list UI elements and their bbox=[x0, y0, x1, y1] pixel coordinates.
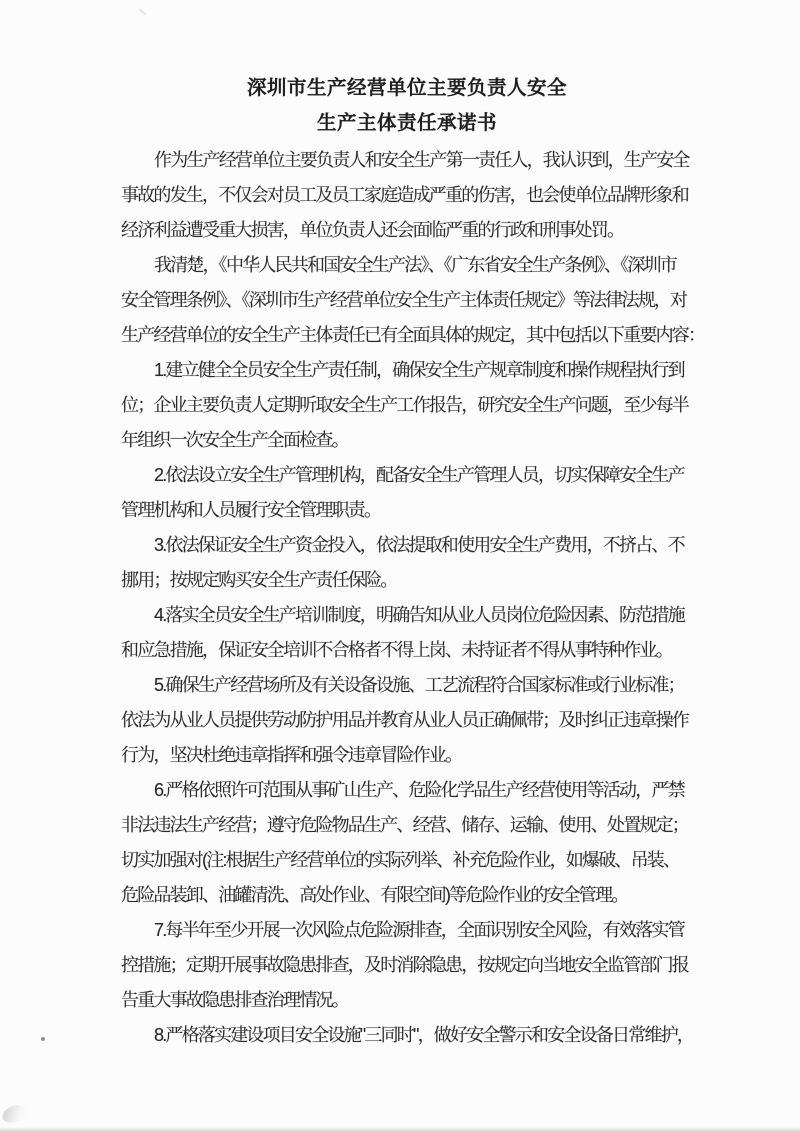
text-line: 1.建立健全全员安全生产责任制，确保安全生产规章制度和操作规程执行到 bbox=[121, 353, 693, 388]
text-line: 位；企业主要负责人定期听取安全生产工作报告，研究安全生产问题，至少每半 bbox=[121, 388, 693, 423]
text-line: 3.依法保证安全生产资金投入，依法提取和使用安全生产费用，不挤占、不 bbox=[121, 528, 693, 563]
scan-edge-shadow bbox=[0, 1127, 800, 1131]
title-line-1: 深圳市生产经营单位主要负责人安全 bbox=[121, 71, 693, 106]
scanned-document-page: 深圳市生产经营单位主要负责人安全 生产主体责任承诺书 作为生产经营单位主要负责人… bbox=[0, 0, 800, 1131]
text-line: 7.每半年至少开展一次风险点危险源排查，全面识别安全风险，有效落实管 bbox=[121, 913, 693, 948]
text-line: 安全管理条例》、《深圳市生产经营单位安全生产主体责任规定》等法律法规，对 bbox=[121, 283, 693, 318]
text-line: 年组织一次安全生产全面检查。 bbox=[121, 423, 693, 458]
text-line: 事故的发生，不仅会对员工及员工家庭造成严重的伤害，也会使单位品牌形象和 bbox=[121, 178, 693, 213]
document-title: 深圳市生产经营单位主要负责人安全 生产主体责任承诺书 bbox=[121, 71, 693, 141]
document-body: 作为生产经营单位主要负责人和安全生产第一责任人，我认识到，生产安全事故的发生，不… bbox=[121, 143, 693, 1053]
text-line: 和应急措施，保证安全培训不合格者不得上岗、未持证者不得从事特种作业。 bbox=[121, 633, 693, 668]
text-line: 生产经营单位的安全生产主体责任已有全面具体的规定，其中包括以下重要内容： bbox=[121, 318, 693, 353]
title-line-2: 生产主体责任承诺书 bbox=[121, 106, 693, 141]
text-line: 6.严格依照许可范围从事矿山生产、危险化学品生产经营使用等活动，严禁 bbox=[121, 773, 693, 808]
text-line: 作为生产经营单位主要负责人和安全生产第一责任人，我认识到，生产安全 bbox=[121, 143, 693, 178]
text-line: 经济利益遭受重大损害，单位负责人还会面临严重的行政和刑事处罚。 bbox=[121, 213, 693, 248]
scan-artifact-corner-smudge bbox=[0, 1101, 28, 1126]
text-line: 4.落实全员安全生产培训制度，明确告知从业人员岗位危险因素、防范措施 bbox=[121, 598, 693, 633]
scan-artifact-dot bbox=[41, 1037, 45, 1041]
text-line: 2.依法设立安全生产管理机构，配备安全生产管理人员，切实保障安全生产 bbox=[121, 458, 693, 493]
text-line: 我清楚，《中华人民共和国安全生产法》、《广东省安全生产条例》、《深圳市 bbox=[121, 248, 693, 283]
text-line: 行为，坚决杜绝违章指挥和强令违章冒险作业。 bbox=[121, 738, 693, 773]
text-line: 非法违法生产经营；遵守危险物品生产、经营、储存、运输、使用、处置规定； bbox=[121, 808, 693, 843]
text-line: 依法为从业人员提供劳动防护用品并教育从业人员正确佩带；及时纠正违章操作 bbox=[121, 703, 693, 738]
text-line: 告重大事故隐患排查治理情况。 bbox=[121, 983, 693, 1018]
text-line: 5.确保生产经营场所及有关设备设施、工艺流程符合国家标准或行业标准； bbox=[121, 668, 693, 703]
scan-artifact-top bbox=[138, 8, 146, 15]
text-line: 控措施；定期开展事故隐患排查，及时消除隐患，按规定向当地安全监管部门报 bbox=[121, 948, 693, 983]
text-line: 切实加强对(注:根据生产经营单位的实际列举、补充危险作业，如爆破、吊装、 bbox=[121, 843, 693, 878]
document-content: 深圳市生产经营单位主要负责人安全 生产主体责任承诺书 作为生产经营单位主要负责人… bbox=[121, 71, 693, 1053]
text-line: 危险品装卸、油罐清洗、高处作业、有限空间)等危险作业的安全管理。 bbox=[121, 878, 693, 913]
text-line: 挪用；按规定购买安全生产责任保险。 bbox=[121, 563, 693, 598]
text-line: 管理机构和人员履行安全管理职责。 bbox=[121, 493, 693, 528]
text-line: 8.严格落实建设项目安全设施"三同时"，做好安全警示和安全设备日常维护， bbox=[121, 1018, 693, 1053]
